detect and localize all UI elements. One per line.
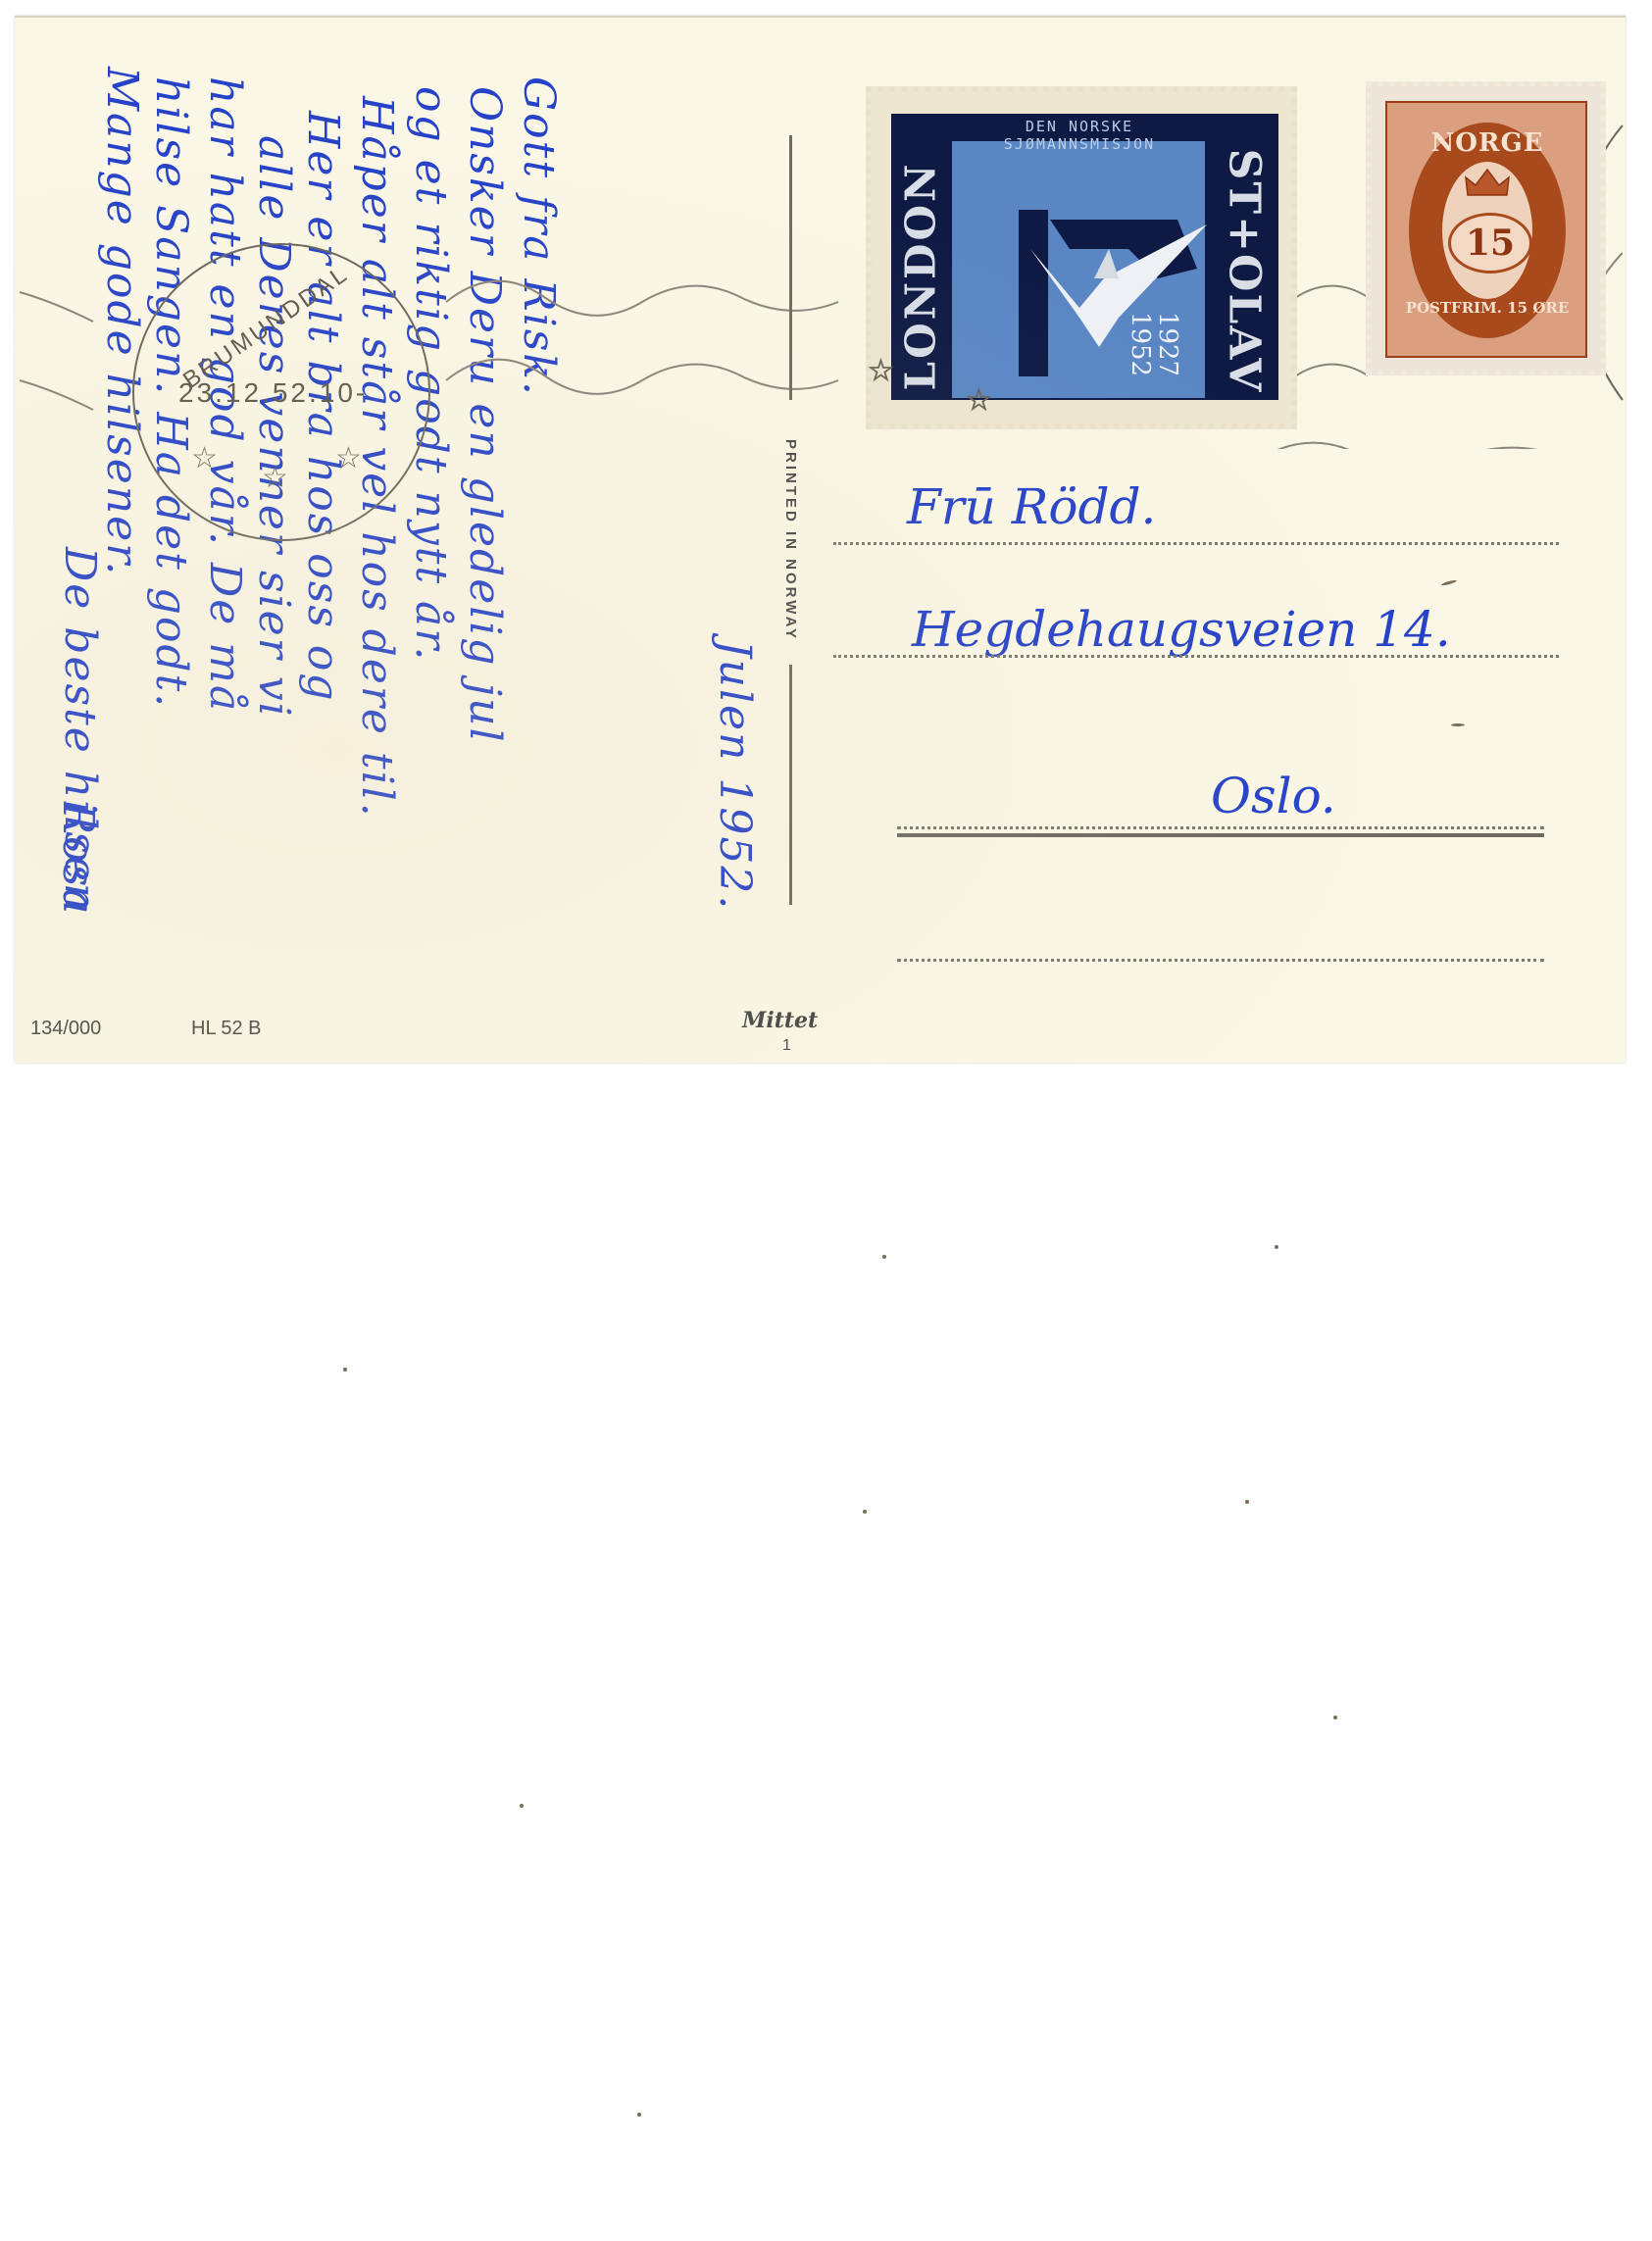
stamp-denomination: POSTFRIM. 15 ØRE — [1387, 299, 1587, 317]
stain — [1451, 723, 1465, 726]
svg-text:☆: ☆ — [868, 355, 894, 387]
speck — [863, 1510, 867, 1514]
date-line: Julen 1952. — [710, 640, 760, 911]
stamp-frame: NORGE 15 POSTFRIM. 15 ØRE — [1385, 101, 1587, 358]
address-rule — [897, 826, 1544, 829]
catalog-number: 134/000 — [30, 1018, 101, 1040]
vignette-years: 1927 1952 — [1125, 295, 1183, 393]
address-line-2: Hegdehaugsveien 14. — [912, 601, 1451, 658]
address-rule-solid — [897, 833, 1544, 837]
crown-icon — [1464, 166, 1511, 201]
printed-in-norway: PRINTED IN NORWAY — [782, 439, 799, 641]
speck — [343, 1368, 347, 1371]
speck — [520, 1804, 524, 1808]
series-code: HL 52 B — [191, 1018, 262, 1040]
stamp-value: 15 — [1448, 213, 1532, 274]
speck — [1275, 1245, 1278, 1249]
svg-text:☆: ☆ — [966, 384, 992, 417]
stain — [1441, 579, 1457, 586]
publisher-logo: Mittet — [742, 1008, 818, 1033]
address-line-3: Oslo. — [1211, 768, 1336, 824]
address-rule — [897, 959, 1544, 962]
postmark-stars: ☆ ☆ — [848, 341, 1044, 429]
speck — [882, 1255, 886, 1259]
postcard-back: Gott fra Risk. Onsker Deru en gledelig j… — [15, 16, 1626, 1063]
address-line-1: Frū Rödd. — [907, 478, 1156, 535]
speck — [637, 2113, 641, 2116]
stamp-country: NORGE — [1387, 128, 1587, 158]
address-rule — [833, 655, 1559, 658]
speck — [1245, 1500, 1249, 1504]
signature: Rosa — [53, 802, 103, 916]
address-rule — [833, 542, 1559, 545]
publisher-number: 1 — [782, 1037, 791, 1055]
norge-stamp: NORGE 15 POSTFRIM. 15 ØRE — [1366, 81, 1606, 375]
speck — [1333, 1716, 1337, 1719]
vignette-st-olav: ST+OLAV — [1216, 143, 1273, 398]
star-icon: ☆ — [262, 461, 288, 495]
vignette-top-text: DEN NORSKE SJØMANNSMISJON — [952, 118, 1207, 153]
